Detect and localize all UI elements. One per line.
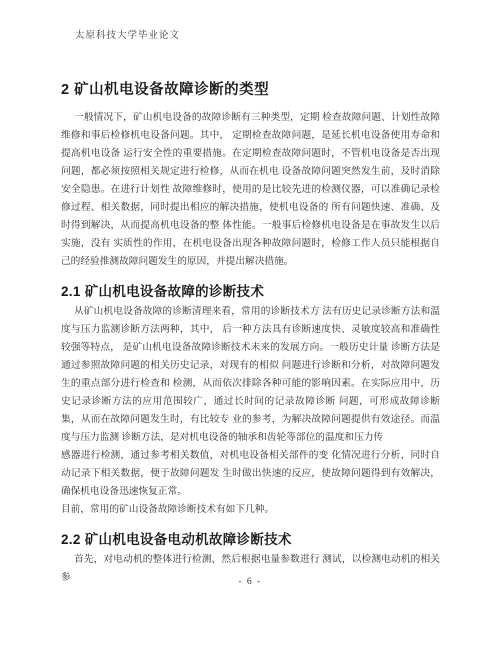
section-2-1-paragraph-1: 从矿山机电设备故障的诊断清理来看，常用的诊断技术方 法有历史记录诊断方法和温度与… — [61, 303, 440, 447]
document-page: 太原科技大学毕业论文 2 矿山机电设备故障诊断的类型 一般情况下，矿山机电设备的… — [0, 0, 500, 647]
running-header: 太原科技大学毕业论文 — [75, 27, 180, 41]
section-2-paragraph-1: 一般情况下，矿山机电设备的故障诊断有三种类型，定期 检查故障问题、计划性故障维修… — [61, 109, 440, 271]
section-2-1-paragraph-3: 目前，常用的矿山设备故障诊断技术有如下几种。 — [61, 501, 440, 519]
page-content: 2 矿山机电设备故障诊断的类型 一般情况下，矿山机电设备的故障诊断有三种类型，定… — [61, 80, 440, 587]
section-heading-2: 2 矿山机电设备故障诊断的类型 — [61, 80, 440, 100]
section-heading-2-1: 2.1 矿山机电设备故障的诊断技术 — [61, 283, 440, 301]
section-heading-2-2: 2.2 矿山机电设备电动机故障诊断技术 — [61, 531, 440, 549]
section-2-1-paragraph-2: 感器进行检测，通过参考相关数值，对机电设备相关部件的变 化情况进行分析，同时自动… — [61, 447, 440, 501]
page-number: - 6 - — [0, 577, 500, 587]
